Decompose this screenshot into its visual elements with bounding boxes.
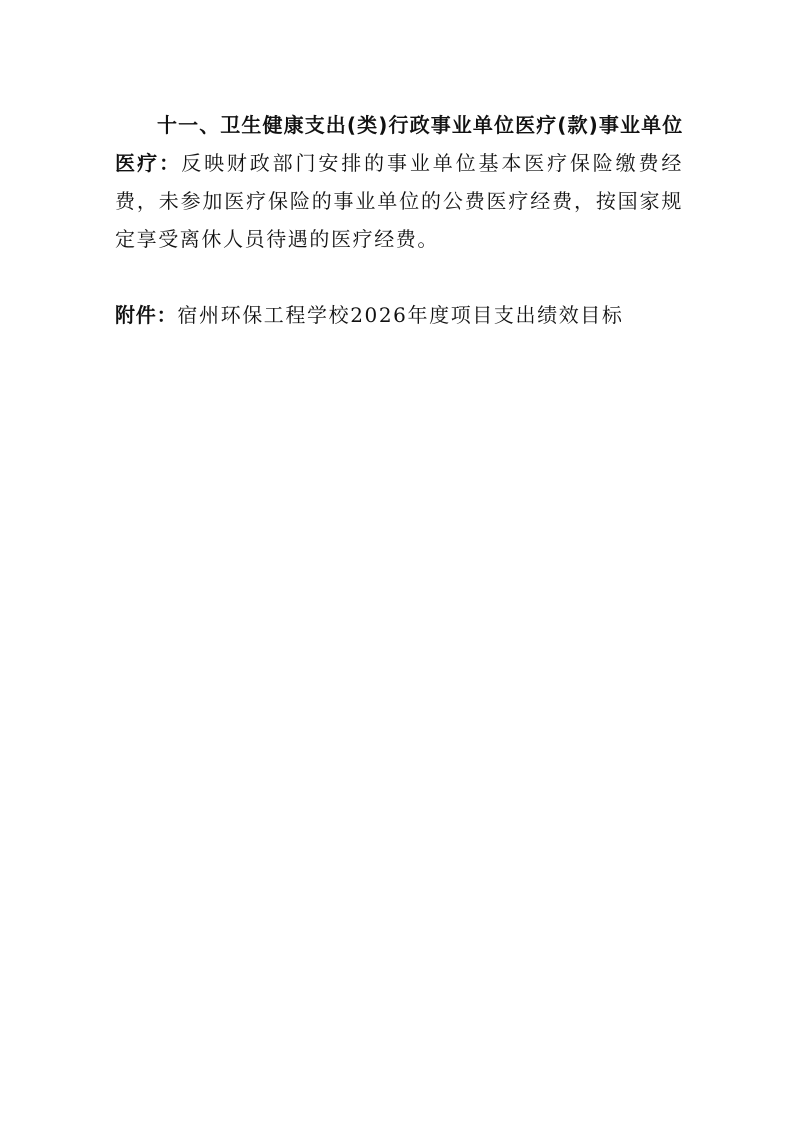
document-page: 十一、卫生健康支出(类)行政事业单位医疗(款)事业单位医疗：反映财政部门安排的事… bbox=[115, 106, 683, 334]
section-paragraph: 十一、卫生健康支出(类)行政事业单位医疗(款)事业单位医疗：反映财政部门安排的事… bbox=[115, 106, 683, 258]
attachment-line: 附件：宿州环保工程学校2026年度项目支出绩效目标 bbox=[115, 296, 683, 334]
section-body: 反映财政部门安排的事业单位基本医疗保险缴费经费，未参加医疗保险的事业单位的公费医… bbox=[115, 151, 683, 251]
attachment-text: 宿州环保工程学校2026年度项目支出绩效目标 bbox=[177, 303, 623, 327]
attachment-label: 附件： bbox=[115, 303, 177, 327]
